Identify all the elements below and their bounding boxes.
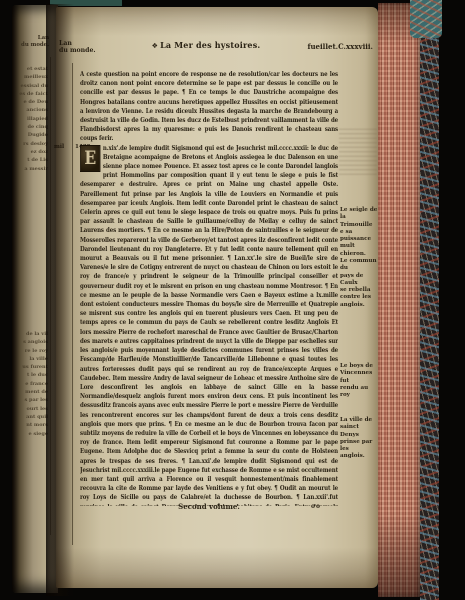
- facing-page-text-fragments-lower: de la vil s anglois re le roy la ville u…: [14, 330, 48, 520]
- main-page: Lan du monde. ❖La Mer des hystoires. fue…: [56, 7, 378, 588]
- marbled-endpaper-corner: [410, 0, 442, 38]
- running-header-title-text: La Mer des hystoires.: [160, 40, 260, 50]
- folio-number: fueillet.C.xxxviii.: [307, 42, 373, 51]
- ink-show-through: [339, 127, 377, 175]
- margin-note-saint-denys: La ville de sainct Denys prinse par les …: [340, 417, 378, 461]
- paragraph-2-text: n.xix'.de lempire dudit Sigismond qui es…: [80, 144, 338, 506]
- signature-mark: oo: [311, 503, 321, 510]
- margin-note-mil: mil: [54, 144, 64, 150]
- fleuron-icon: ❖: [152, 42, 158, 50]
- facing-page-edge: Lan du mode. et estat meilleux essisal d…: [12, 5, 58, 593]
- margin-note-vincennes: Le boys de Vincennes fut rendu au roy: [340, 363, 378, 399]
- margin-rule: [72, 63, 73, 545]
- facing-page-text-fragments-upper: et estat meilleux essisal du es de faict…: [14, 65, 48, 240]
- running-header-left: Lan du monde.: [59, 40, 96, 55]
- margin-note-caulx: Le commun du pays de Caulx se rebella co…: [340, 258, 378, 309]
- margin-note-trimouille: Le seigle de la Trimouille e sa puissanc…: [340, 207, 378, 258]
- running-header-title: ❖La Mer des hystoires.: [114, 40, 298, 50]
- facing-page-running-header: Lan du mode.: [21, 35, 49, 48]
- body-text-block: A ceste question na point encore de resp…: [80, 70, 338, 506]
- paragraph-1: A ceste question na point encore de resp…: [80, 70, 338, 144]
- fore-edge-pages: [378, 3, 422, 597]
- facing-page-margin-rule: [50, 57, 51, 535]
- cloth-background-sliver: [50, 0, 122, 6]
- paragraph-2: En.xix'.de lempire dudit Sigismond qui e…: [80, 144, 338, 506]
- footer-volume: Second volume.: [80, 502, 338, 511]
- ornamental-drop-cap: E: [80, 145, 100, 172]
- marbled-edge: [420, 0, 439, 600]
